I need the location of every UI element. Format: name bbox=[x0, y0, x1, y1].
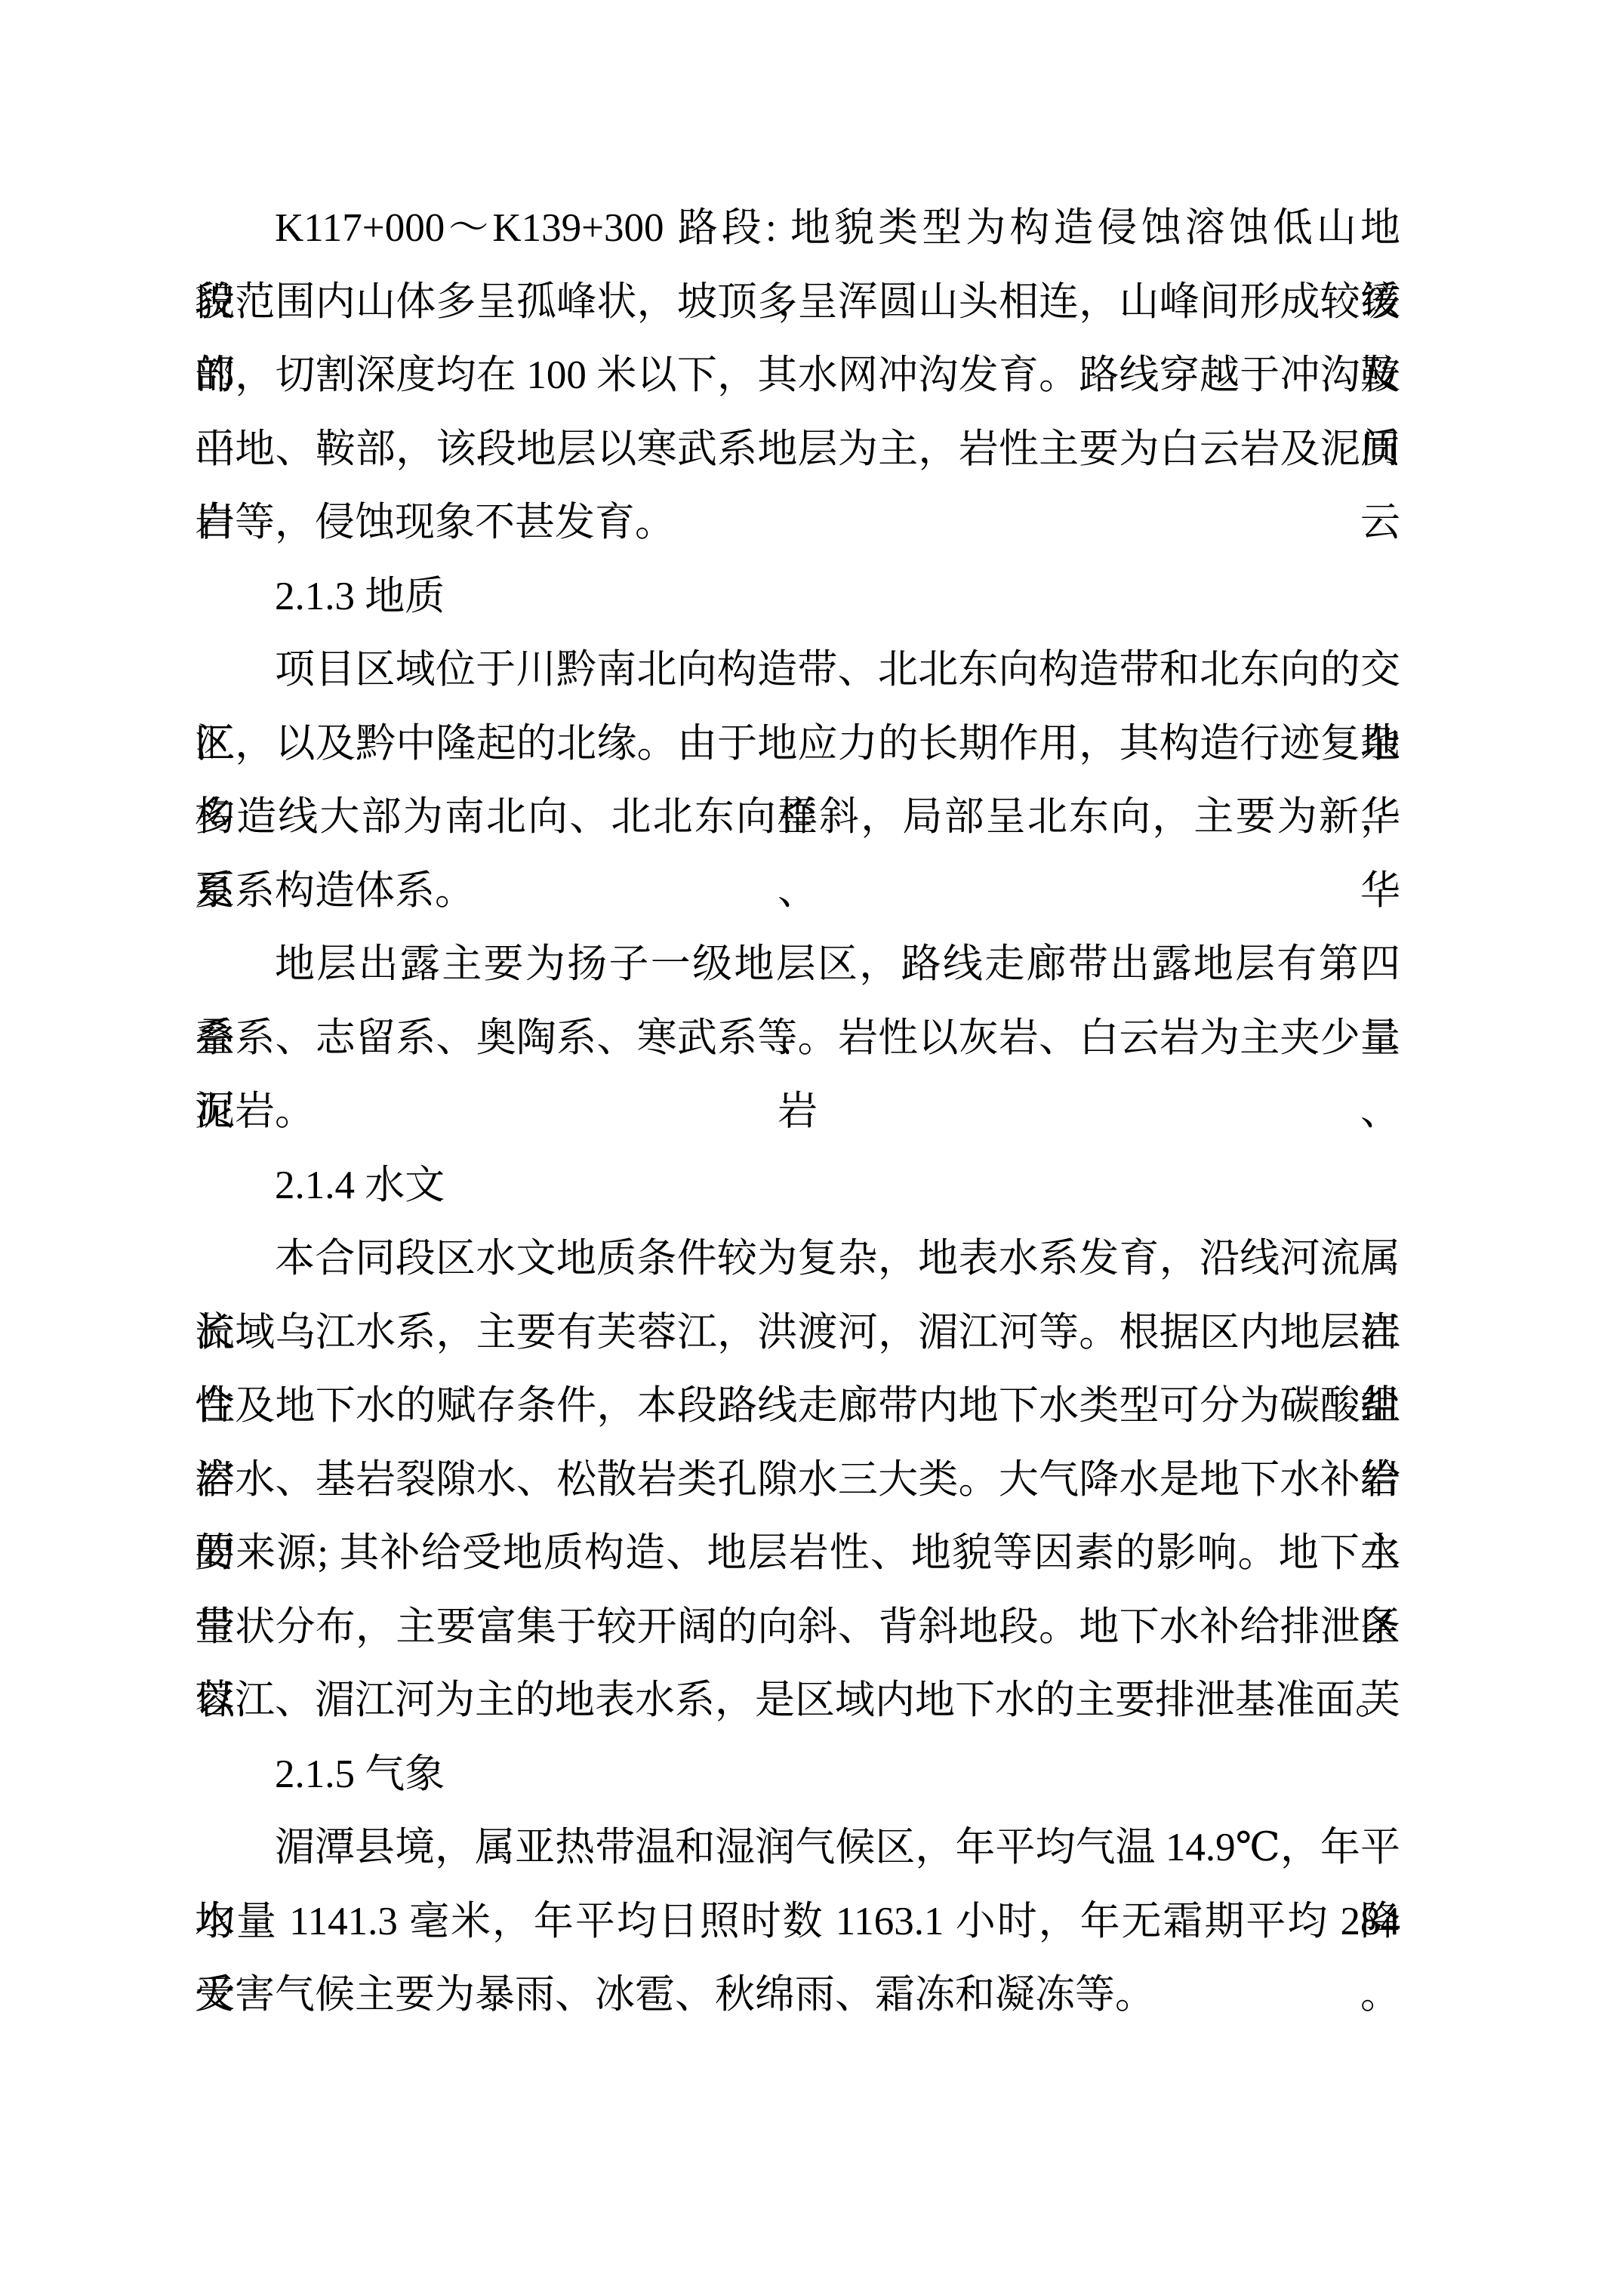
paragraph-line: 地层出露主要为扬子一级地层区，路线走廊带出露地层有第四系、二 bbox=[195, 928, 1400, 1002]
paragraph-line: 湄潭县境，属亚热带温和湿润气候区，年平均气温 14.9℃，年平均降 bbox=[195, 1811, 1400, 1885]
paragraph-line: 叠系、志留系、奥陶系、寒武系等。岩性以灰岩、白云岩为主夹少量泥岩、 bbox=[195, 1002, 1400, 1076]
paragraph-line: 带状分布，主要富集于较开阔的向斜、背斜地段。地下水补给排泄区以芙 bbox=[195, 1591, 1400, 1665]
paragraph-line: 蓉江、湄江河为主的地表水系，是区域内地下水的主要排泄基准面。 bbox=[195, 1664, 1400, 1738]
paragraph-line: 构造线大部为南北向、北北东向歪斜，局部呈北东向，主要为新华系、华 bbox=[195, 781, 1400, 855]
paragraph-line: 区，以及黔中隆起的北缘。由于地应力的长期作用，其构造行迹复杂多样， bbox=[195, 707, 1400, 781]
paragraph-line: 段范围内山体多呈孤峰状，坡顶多呈浑圆山头相连，山峰间形成较缓的鞍 bbox=[195, 266, 1400, 340]
paragraph-line: 合及地下水的赋存条件，本段路线走廊带内地下水类型可分为碳酸盐岩岩 bbox=[195, 1370, 1400, 1444]
section-heading-hydrology: 2.1.4 水文 bbox=[195, 1149, 1400, 1223]
paragraph-line: 水量 1141.3 毫米，年平均日照时数 1163.1 小时，年无霜期平均 28… bbox=[195, 1885, 1400, 1959]
document-page: K117+000～K139+300 路段: 地貌类型为构造侵蚀溶蚀低山地貌，该 … bbox=[195, 192, 1400, 2032]
paragraph-line: 要来源; 其补给受地质构造、地层岩性、地貌等因素的影响。地下水呈条 bbox=[195, 1517, 1400, 1591]
paragraph-line: K117+000～K139+300 路段: 地貌类型为构造侵蚀溶蚀低山地貌，该 bbox=[195, 192, 1400, 266]
section-heading-geology: 2.1.3 地质 bbox=[195, 560, 1400, 634]
paragraph-line: 溶水、基岩裂隙水、松散岩类孔隙水三大类。大气降水是地下水补给的主 bbox=[195, 1444, 1400, 1518]
paragraph-line: 平地、鞍部，该段地层以寒武系地层为主，岩性主要为白云岩及泥质白云 bbox=[195, 413, 1400, 487]
paragraph-line: 流域乌江水系，主要有芙蓉江，洪渡河，湄江河等。根据区内地层岩性组 bbox=[195, 1296, 1400, 1370]
paragraph-line: 部，切割深度均在 100 米以下，其水网冲沟发育。路线穿越于冲沟及山间 bbox=[195, 339, 1400, 413]
paragraph-line: 项目区域位于川黔南北向构造带、北北东向构造带和北东向的交汇地 bbox=[195, 633, 1400, 707]
section-heading-meteorology: 2.1.5 气象 bbox=[195, 1738, 1400, 1812]
paragraph-line: 本合同段区水文地质条件较为复杂，地表水系发育，沿线河流属长江 bbox=[195, 1222, 1400, 1296]
